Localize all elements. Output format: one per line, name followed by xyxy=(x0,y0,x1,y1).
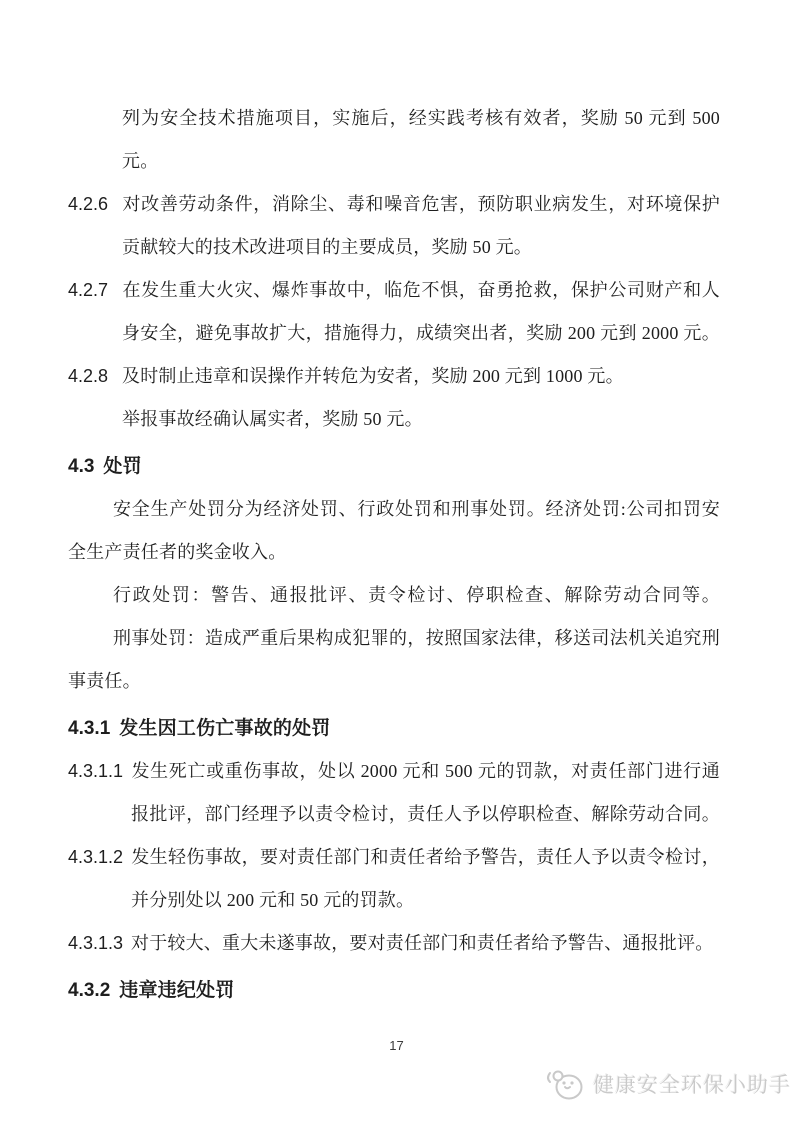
page-number: 17 xyxy=(0,1038,793,1054)
heading-text: 发生因工伤亡事故的处罚 xyxy=(119,718,330,739)
item-text: 发生死亡或重伤事故，处以 2000 元和 500 元的罚款，对责任部门进行通 xyxy=(131,761,720,781)
document-page: 列为安全技术措施项目，实施后，经实践考核有效者，奖励 50 元到 500 元。 … xyxy=(0,0,793,1122)
item-number: 4.2.7 xyxy=(68,269,122,312)
numbered-item-4-2-7: 4.2.7在发生重大火灾、爆炸事故中，临危不惧，奋勇抢救，保护公司财产和人 xyxy=(68,269,720,312)
heading-text: 违章违纪处罚 xyxy=(119,980,234,1001)
item-text: 对于较大、重大未遂事故，要对责任部门和责任者给予警告、通报批评。 xyxy=(131,933,713,953)
watermark-label: 健康安全环保小助手 xyxy=(593,1069,791,1099)
paragraph-line-continuation: 并分别处以 200 元和 50 元的罚款。 xyxy=(68,879,720,922)
heading-text: 处罚 xyxy=(103,456,141,477)
watermark: 健康安全环保小助手 xyxy=(544,1066,791,1102)
heading-number: 4.3 xyxy=(68,445,94,488)
page-content: 列为安全技术措施项目，实施后，经实践考核有效者，奖励 50 元到 500 元。 … xyxy=(68,97,720,1012)
body-paragraph-line: 全生产责任者的奖金收入。 xyxy=(68,531,720,574)
numbered-item-4-3-1-1: 4.3.1.1发生死亡或重伤事故，处以 2000 元和 500 元的罚款，对责任… xyxy=(68,750,720,793)
item-number: 4.2.8 xyxy=(68,355,122,398)
numbered-item-4-3-1-2: 4.3.1.2发生轻伤事故，要对责任部门和责任者给予警告，责任人予以责令检讨， xyxy=(68,836,720,879)
numbered-item-4-2-8: 4.2.8及时制止违章和误操作并转危为安者，奖励 200 元到 1000 元。 xyxy=(68,355,720,398)
body-paragraph-line: 行政处罚：警告、通报批评、责令检讨、停职检查、解除劳动合同等。 xyxy=(68,574,720,617)
item-number: 4.2.6 xyxy=(68,183,122,226)
item-number: 4.3.1.1 xyxy=(68,750,131,793)
item-text: 及时制止违章和误操作并转危为安者，奖励 200 元到 1000 元。 xyxy=(122,366,624,386)
item-text: 发生轻伤事故，要对责任部门和责任者给予警告，责任人予以责令检讨， xyxy=(131,847,720,867)
paragraph-line-continuation: 身安全，避免事故扩大，措施得力，成绩突出者，奖励 200 元到 2000 元。 xyxy=(68,312,720,355)
paragraph-line-continuation: 举报事故经确认属实者，奖励 50 元。 xyxy=(68,398,720,441)
numbered-item-4-2-6: 4.2.6对改善劳动条件，消除尘、毒和噪音危害，预防职业病发生，对环境保护 xyxy=(68,183,720,226)
watermark-logo-icon xyxy=(544,1066,586,1102)
paragraph-line-continuation: 元。 xyxy=(68,140,720,183)
heading-number: 4.3.1 xyxy=(68,707,110,750)
body-paragraph-line: 事责任。 xyxy=(68,660,720,703)
paragraph-line-continuation: 贡献较大的技术改进项目的主要成员，奖励 50 元。 xyxy=(68,226,720,269)
section-heading-4-3-1: 4.3.1发生因工伤亡事故的处罚 xyxy=(68,707,720,750)
body-paragraph-line: 刑事处罚：造成严重后果构成犯罪的，按照国家法律，移送司法机关追究刑 xyxy=(68,617,720,660)
body-paragraph-line: 安全生产处罚分为经济处罚、行政处罚和刑事处罚。经济处罚:公司扣罚安 xyxy=(68,488,720,531)
item-text: 对改善劳动条件，消除尘、毒和噪音危害，预防职业病发生，对环境保护 xyxy=(122,194,720,214)
numbered-item-4-3-1-3: 4.3.1.3对于较大、重大未遂事故，要对责任部门和责任者给予警告、通报批评。 xyxy=(68,922,720,965)
item-number: 4.3.1.3 xyxy=(68,922,131,965)
section-heading-4-3: 4.3处罚 xyxy=(68,445,720,488)
heading-number: 4.3.2 xyxy=(68,969,110,1012)
paragraph-line-continuation: 报批评，部门经理予以责令检讨，责任人予以停职检查、解除劳动合同。 xyxy=(68,793,720,836)
item-text: 在发生重大火灾、爆炸事故中，临危不惧，奋勇抢救，保护公司财产和人 xyxy=(122,280,720,300)
paragraph-line-continuation: 列为安全技术措施项目，实施后，经实践考核有效者，奖励 50 元到 500 xyxy=(68,97,720,140)
section-heading-4-3-2: 4.3.2违章违纪处罚 xyxy=(68,969,720,1012)
item-number: 4.3.1.2 xyxy=(68,836,131,879)
